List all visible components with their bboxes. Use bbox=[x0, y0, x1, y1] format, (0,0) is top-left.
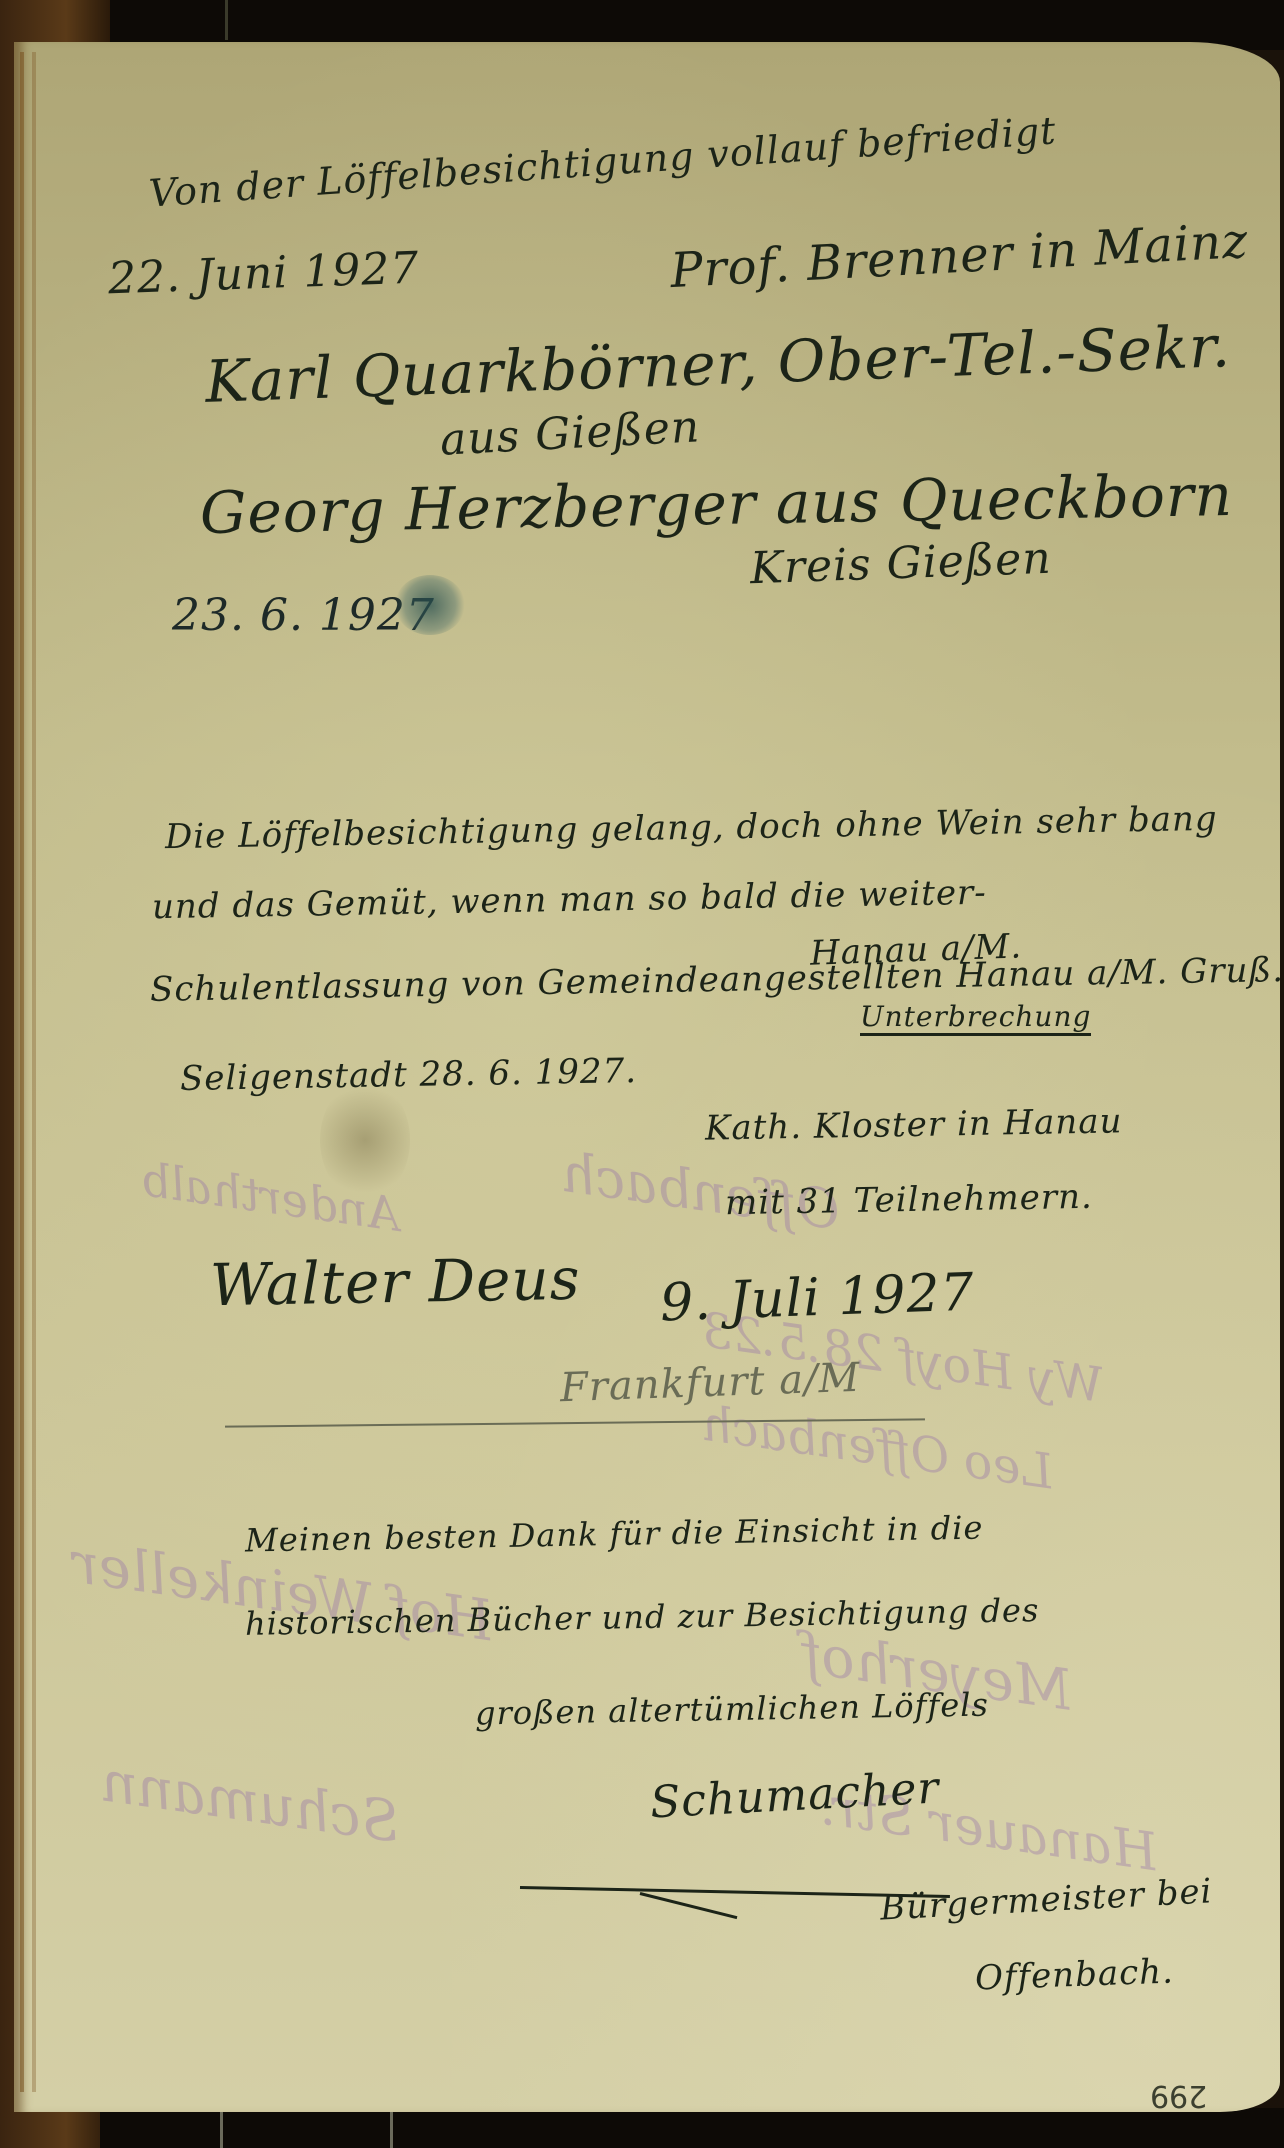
page-number: 299 bbox=[1150, 2078, 1207, 2113]
entry-1-date: 22. Juni 1927 bbox=[107, 243, 420, 305]
entry-2-origin-2: Kreis Gießen bbox=[749, 533, 1052, 594]
entry-3-note-2: mit 31 Teilnehmern. bbox=[725, 1177, 1093, 1223]
paper-stain bbox=[320, 1080, 410, 1200]
entry-4-signature: Walter Deus bbox=[209, 1245, 581, 1319]
entry-5-place: Offenbach. bbox=[974, 1952, 1174, 1999]
entry-3-note-1: Kath. Kloster in Hanau bbox=[705, 1101, 1123, 1148]
entry-3-place-date: Seligenstadt 28. 6. 1927. bbox=[180, 1051, 638, 1099]
page-edge-line bbox=[20, 52, 24, 2092]
entry-3-underlined-word: Unterbrechung bbox=[860, 1000, 1091, 1036]
page-edge-line bbox=[32, 52, 36, 2092]
ink-blot bbox=[395, 575, 465, 635]
background-bottom bbox=[100, 2108, 1284, 2148]
entry-4-date: 9. Juli 1927 bbox=[659, 1263, 976, 1334]
